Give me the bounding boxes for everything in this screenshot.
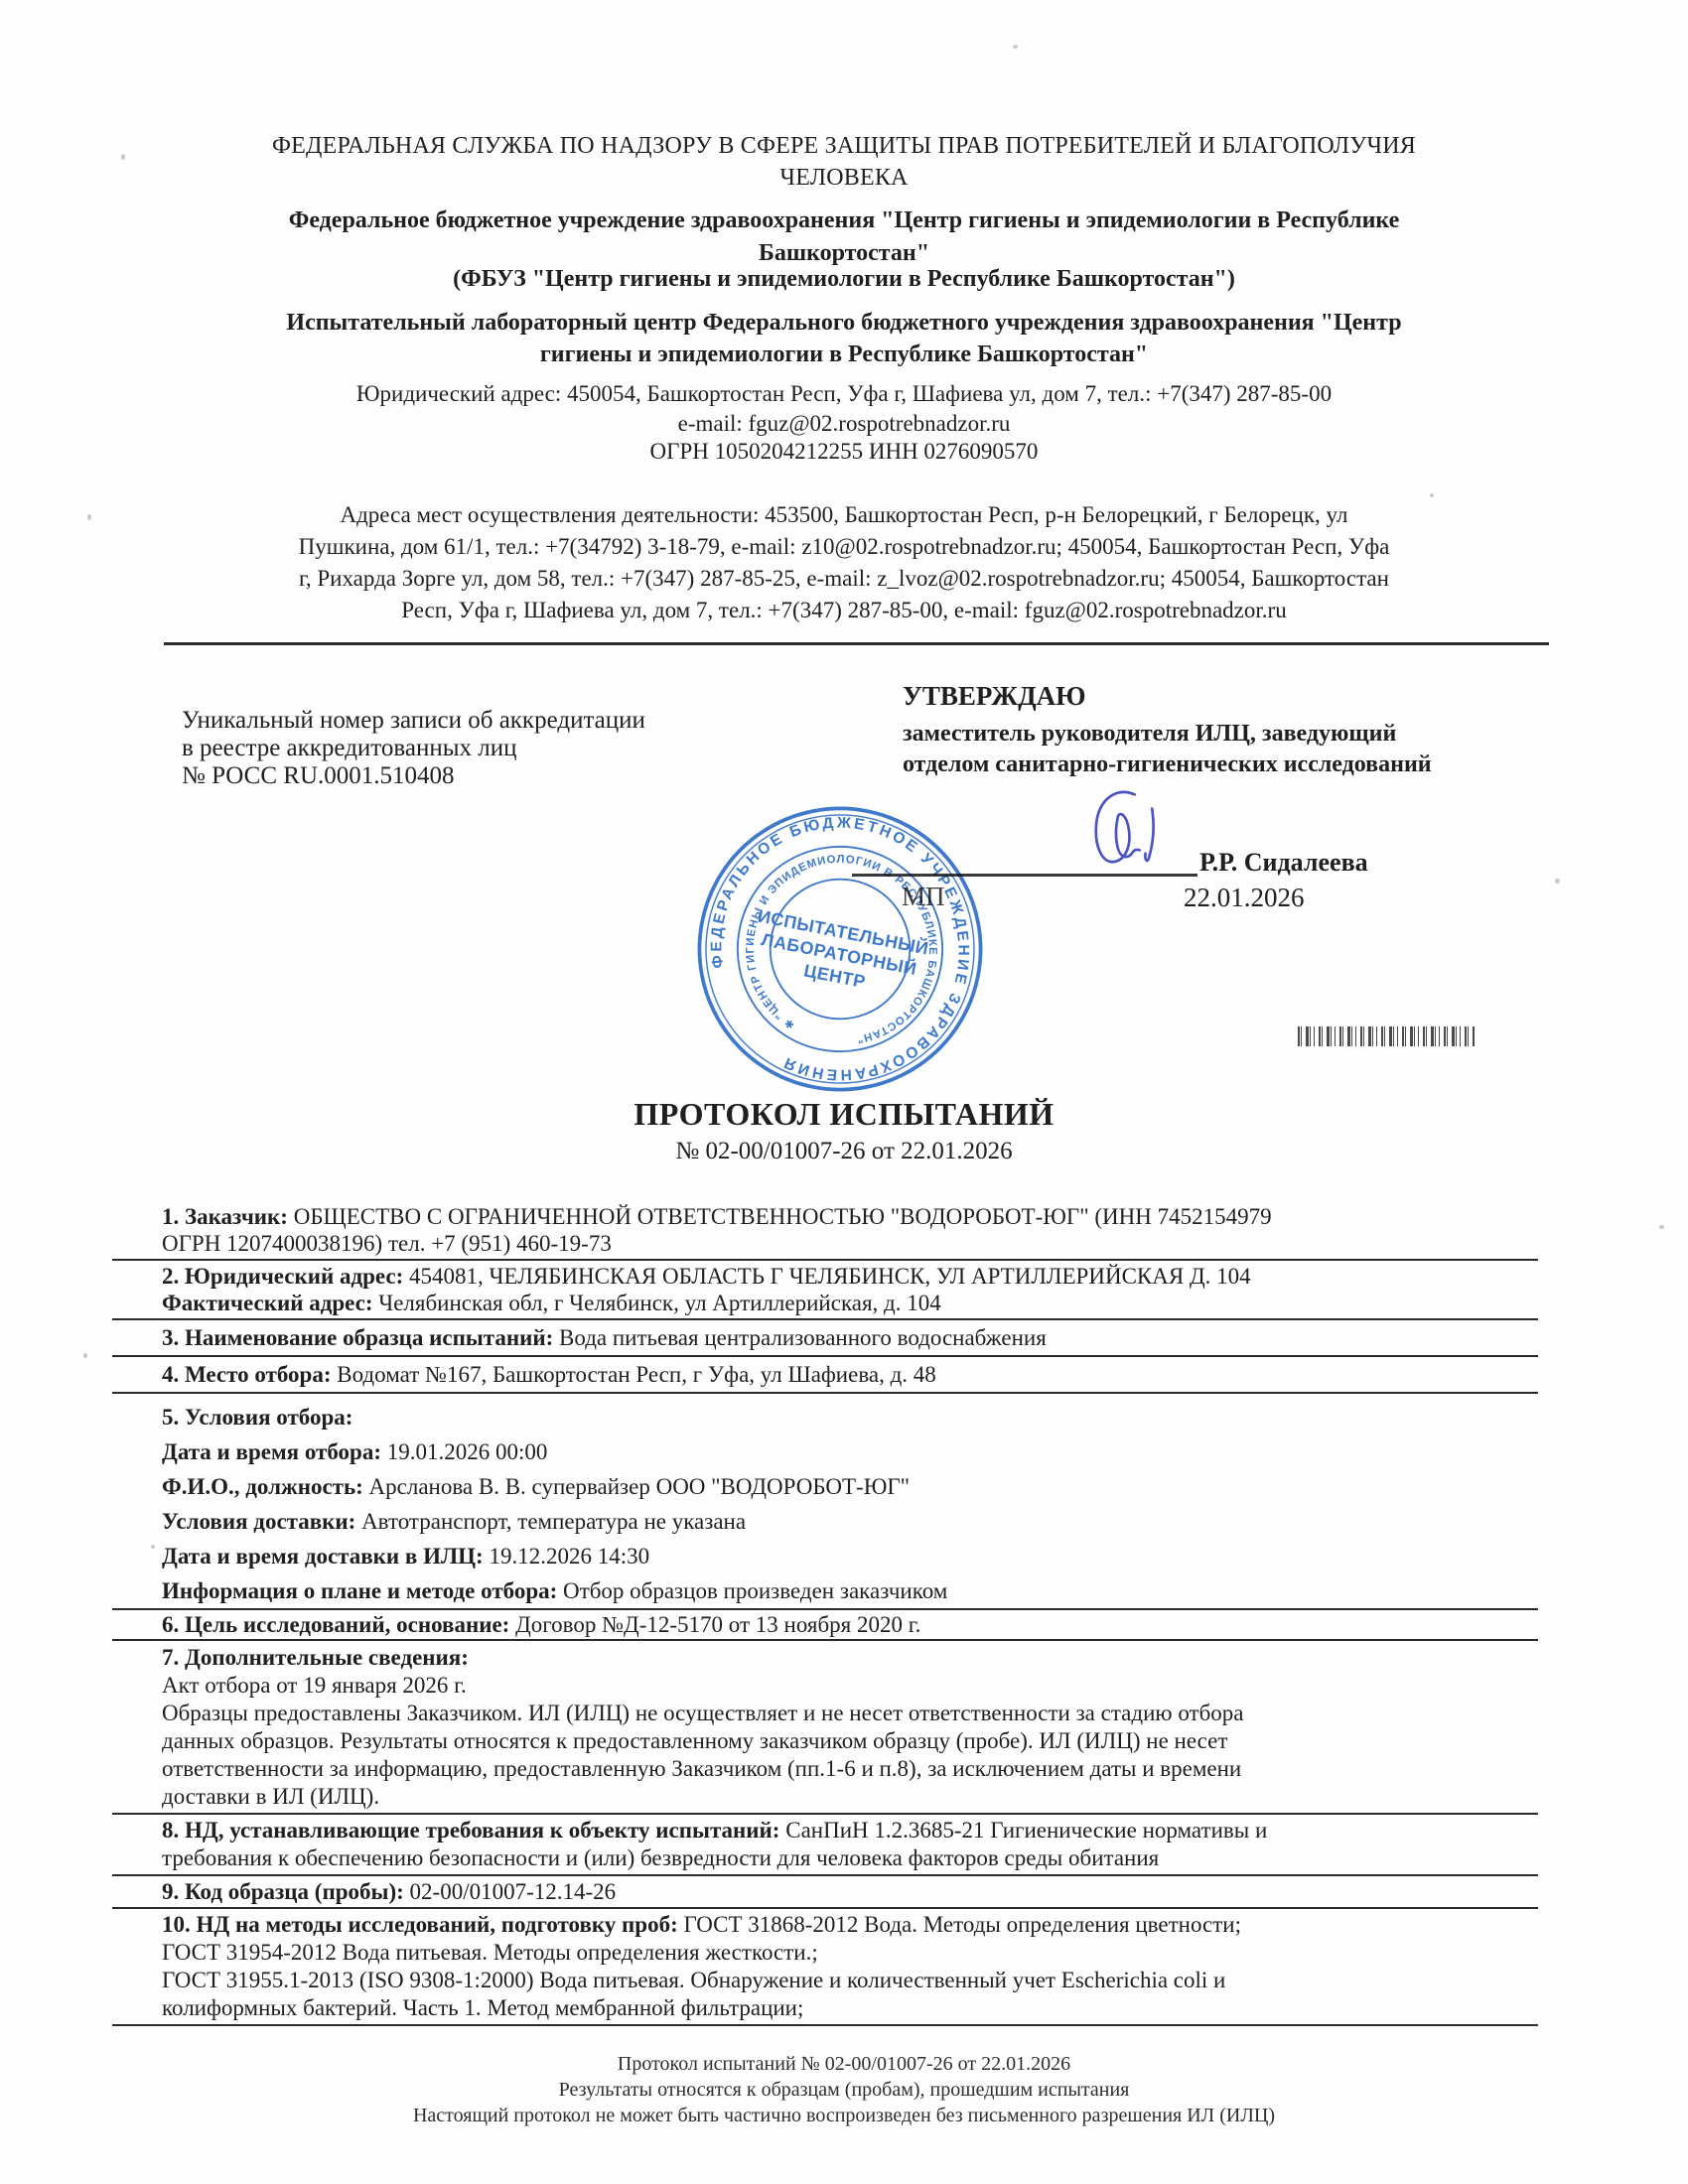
section-sample-code: 9. Код образца (пробы): 02-00/01007-12.1… [112, 1876, 1538, 1909]
footer-protocol-number: Протокол испытаний № 02-00/01007-26 от 2… [0, 2051, 1688, 2077]
agency-line-1: ФЕДЕРАЛЬНАЯ СЛУЖБА ПО НАДЗОРУ В СФЕРЕ ЗА… [0, 130, 1688, 162]
accreditation-record: Уникальный номер записи об аккредитации … [182, 707, 645, 790]
legal-address: Юридический адрес: 450054, Башкортостан … [0, 381, 1688, 407]
barcode [1298, 1026, 1475, 1046]
email-line: e-mail: fguz@02.rospotrebnadzor.ru [0, 411, 1688, 437]
handwritten-signature [1078, 786, 1178, 878]
agency-line-2: ЧЕЛОВЕКА [0, 162, 1688, 194]
section-requirements-nd: 8. НД, устанавливающие требования к объе… [112, 1815, 1538, 1876]
ogrn-inn-line: ОГРН 1050204212255 ИНН 0276090570 [0, 439, 1688, 465]
section-methods-nd: 10. НД на методы исследований, подготовк… [112, 1909, 1538, 2026]
testing-lab-center-name: Испытательный лабораторный центр Федерал… [0, 307, 1688, 370]
protocol-sections: 1. Заказчик: ОБЩЕСТВО С ОГРАНИЧЕННОЙ ОТВ… [112, 1201, 1538, 2026]
section-legal-address: 2. Юридический адрес: 454081, ЧЕЛЯБИНСКА… [112, 1261, 1538, 1320]
section-sampling-place: 4. Место отбора: Водомат №167, Башкортос… [112, 1357, 1538, 1394]
section-sample-name: 3. Наименование образца испытаний: Вода … [112, 1320, 1538, 1357]
protocol-title: ПРОТОКОЛ ИСПЫТАНИЙ [0, 1096, 1688, 1133]
header-divider-line [164, 642, 1549, 645]
activity-addresses: Адреса мест осуществления деятельности: … [0, 499, 1688, 626]
protocol-number: № 02-00/01007-26 от 22.01.2026 [0, 1138, 1688, 1165]
scan-speck [1555, 879, 1560, 884]
approver-name: Р.Р. Сидалеева [1199, 848, 1368, 878]
organization-name: Федеральное бюджетное учреждение здравоо… [0, 205, 1688, 270]
accreditation-number: № РОСС RU.0001.510408 [182, 762, 645, 790]
organization-short-name: (ФБУЗ "Центр гигиены и эпидемиологии в Р… [0, 266, 1688, 293]
scan-speck [121, 154, 125, 160]
page-footer: Протокол испытаний № 02-00/01007-26 от 2… [0, 2051, 1688, 2128]
scanned-test-protocol-page: ФЕДЕРАЛЬНАЯ СЛУЖБА ПО НАДЗОРУ В СФЕРЕ ЗА… [0, 0, 1688, 2184]
scan-speck [1659, 1225, 1664, 1229]
approval-block: УТВЕРЖДАЮ заместитель руководителя ИЛЦ, … [903, 681, 1432, 780]
approval-date: 22.01.2026 [1184, 883, 1305, 913]
agency-name: ФЕДЕРАЛЬНАЯ СЛУЖБА ПО НАДЗОРУ В СФЕРЕ ЗА… [0, 130, 1688, 194]
scan-speck [83, 1353, 87, 1358]
scan-speck [1013, 45, 1018, 49]
section-research-purpose: 6. Цель исследований, основание: Договор… [112, 1610, 1538, 1641]
section-additional-info: 7. Дополнительные сведения: Акт отбора о… [112, 1641, 1538, 1815]
scan-speck [151, 1545, 155, 1549]
scan-speck [1430, 493, 1434, 497]
footer-results-note: Результаты относятся к образцам (пробам)… [0, 2077, 1688, 2103]
scan-speck [87, 514, 91, 520]
laboratory-round-stamp: ФЕДЕРАЛЬНОЕ БЮДЖЕТНОЕ УЧРЕЖДЕНИЕ ЗДРАВОО… [661, 773, 1019, 1124]
footer-reproduction-note: Настоящий протокол не может быть частичн… [0, 2103, 1688, 2128]
approval-title: УТВЕРЖДАЮ [903, 681, 1432, 712]
section-customer: 1. Заказчик: ОБЩЕСТВО С ОГРАНИЧЕННОЙ ОТВ… [112, 1201, 1538, 1261]
section-sampling-conditions: 5. Условия отбора: Дата и время отбора: … [112, 1394, 1538, 1610]
